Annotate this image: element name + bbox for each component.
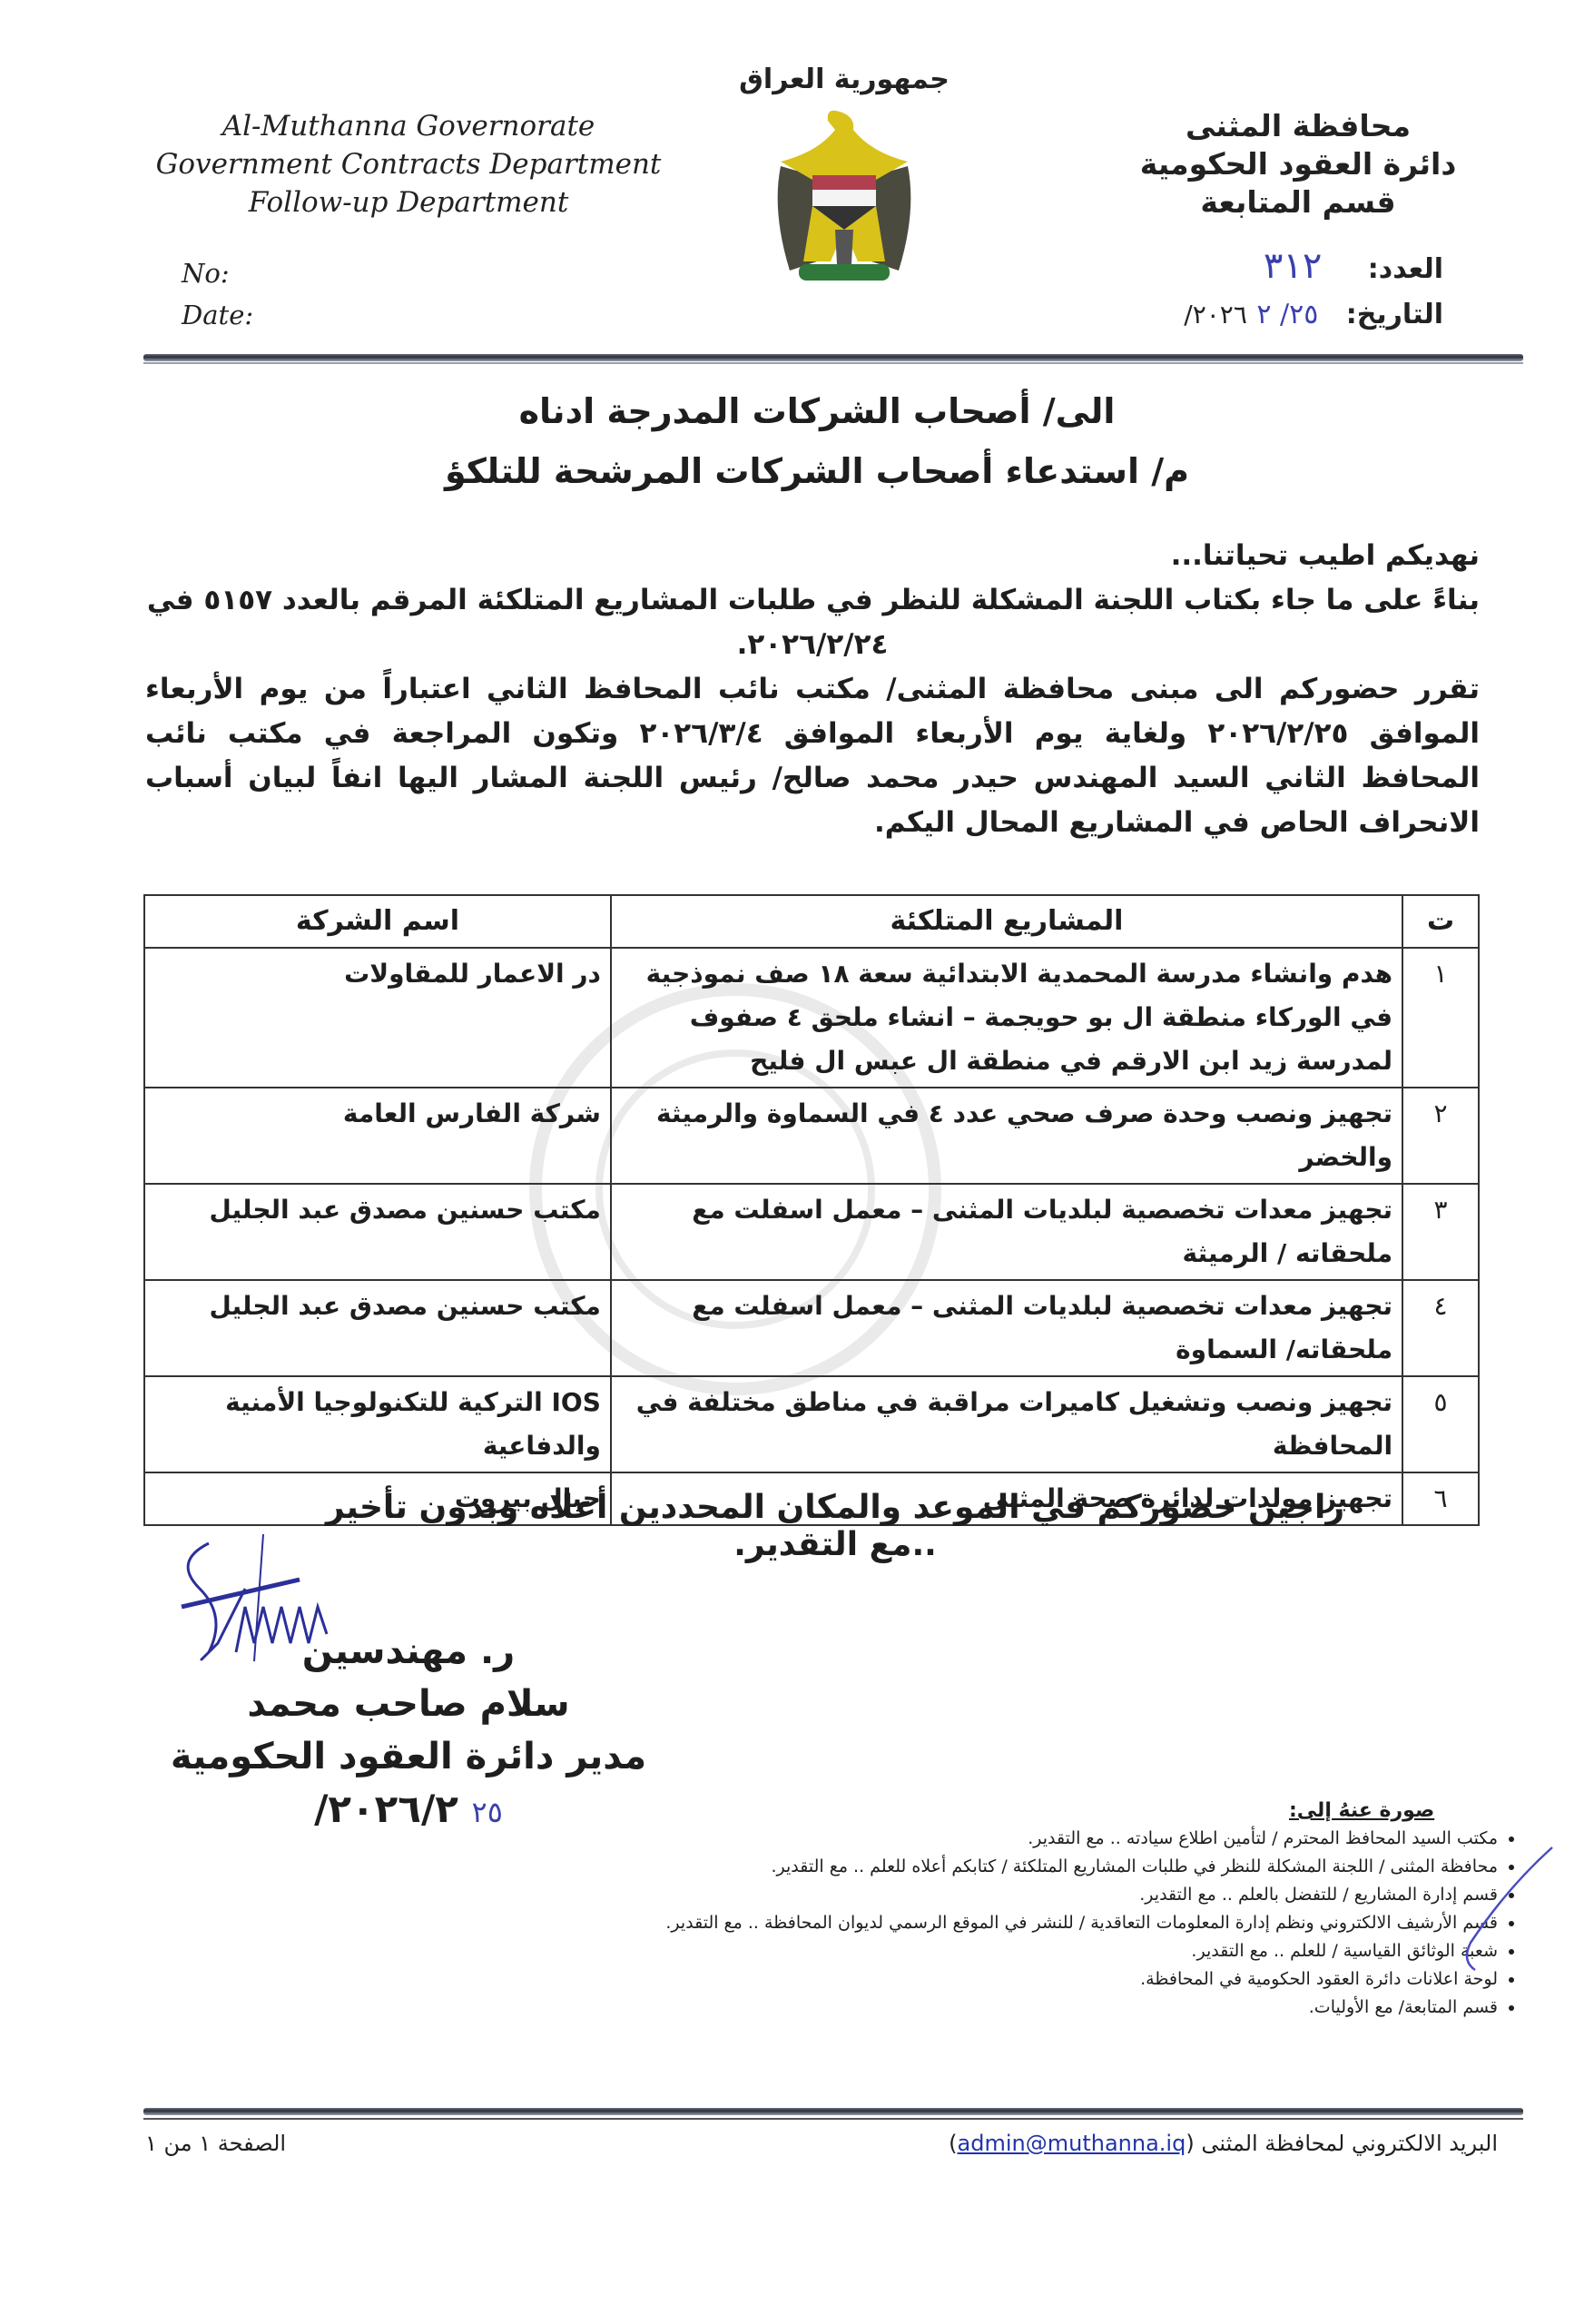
cc-item: قسم المتابعة/ مع الأوليات. (545, 1994, 1498, 2022)
company-name: IOS التركية للتكنولوجيا الأمنية والدفاعي… (144, 1376, 611, 1472)
row-number: ٤ (1402, 1280, 1479, 1376)
english-letterhead: Al-Muthanna Governorate Government Contr… (145, 107, 672, 222)
company-name: مكتب حسنين مصدق عبد الجليل (144, 1184, 611, 1280)
closing-line: راجين حضوركم في الموعد والمكان المحددين … (300, 1489, 1371, 1563)
project-name: تجهيز معدات تخصصية لبلديات المثنى – معمل… (611, 1184, 1402, 1280)
row-number: ٦ (1402, 1472, 1479, 1525)
reference-date-row: التاريخ: ٢٥/ ٢ ٢٠٢٦/ (1107, 292, 1443, 338)
arabic-reference-fields: العدد: ٣١٢ التاريخ: ٢٥/ ٢ ٢٠٢٦/ (1107, 243, 1443, 338)
signer-block: ر. مهندسين سلام صاحب محمد مدير دائرة الع… (154, 1625, 663, 1838)
addressee-block: الى/ أصحاب الشركات المدرجة ادناه م/ استد… (272, 381, 1362, 501)
governorate-name-en: Al-Muthanna Governorate (145, 107, 672, 145)
header-divider (143, 354, 1523, 361)
reference-number-row: العدد: ٣١٢ (1107, 243, 1443, 292)
section-name-ar: قسم المتابعة (1098, 183, 1498, 222)
project-name: تجهيز معدات تخصصية لبلديات المثنى – معمل… (611, 1280, 1402, 1376)
footer-email-prefix: البريد الالكتروني لمحافظة المثنى (1201, 2131, 1498, 2156)
recipient-line: الى/ أصحاب الشركات المدرجة ادناه (272, 381, 1362, 441)
page-number: الصفحة ١ من ١ (145, 2131, 286, 2156)
row-number: ٣ (1402, 1184, 1479, 1280)
reference-date: ٢٠٢٦/٢/٢٤. (145, 623, 1480, 667)
project-name: تجهيز ونصب وحدة صرف صحي عدد ٤ في السماوة… (611, 1088, 1402, 1184)
project-name: هدم وانشاء مدرسة المحمدية الابتدائية سعة… (611, 948, 1402, 1088)
letter-body: نهديكم اطيب تحياتنا... بناءً على ما جاء … (145, 534, 1480, 845)
arabic-letterhead: محافظة المثنى دائرة العقود الحكومية قسم … (1098, 107, 1498, 222)
cc-item: مكتب السيد المحافظ المحترم / لتأمين اطلا… (545, 1825, 1498, 1853)
row-number: ٢ (1402, 1088, 1479, 1184)
signer-title: ر. مهندسين (154, 1625, 663, 1678)
company-name: شركة الفارس العامة (144, 1088, 611, 1184)
cc-item: قسم الأرشيف الالكتروني ونظم إدارة المعلو… (545, 1909, 1498, 1937)
reference-paragraph: بناءً على ما جاء بكتاب اللجنة المشكلة لل… (145, 578, 1480, 623)
signer-position: مدير دائرة العقود الحكومية (154, 1730, 663, 1783)
column-header-company: اسم الشركة (144, 895, 611, 948)
republic-title: جمهورية العراق (726, 64, 962, 95)
cc-item: محافظة المثنى / اللجنة المشكلة للنظر في … (545, 1853, 1498, 1881)
number-label-en: No: (182, 252, 253, 294)
footer-email-line: البريد الالكتروني لمحافظة المثنى (admin@… (862, 2131, 1498, 2156)
governorate-name-ar: محافظة المثنى (1098, 107, 1498, 145)
cc-item: قسم إدارة المشاريع / للتفضل بالعلم .. مع… (545, 1881, 1498, 1909)
row-number: ١ (1402, 948, 1479, 1088)
company-name: در الاعمار للمقاولات (144, 948, 611, 1088)
number-label-ar: العدد: (1368, 253, 1443, 285)
project-name: تجهيز ونصب وتشغيل كاميرات مراقبة في مناط… (611, 1376, 1402, 1472)
table-row: ٤ تجهيز معدات تخصصية لبلديات المثنى – مع… (144, 1280, 1479, 1376)
iraq-eagle-emblem-icon (763, 103, 926, 284)
cc-list: مكتب السيد المحافظ المحترم / لتأمين اطلا… (545, 1825, 1525, 2022)
table-row: ٢ تجهيز ونصب وحدة صرف صحي عدد ٤ في السما… (144, 1088, 1479, 1184)
reference-number-handwritten: ٣١٢ (1264, 245, 1322, 287)
greeting: نهديكم اطيب تحياتنا... (145, 534, 1480, 578)
column-header-number: ت (1402, 895, 1479, 948)
department-name-en: Government Contracts Department (145, 145, 672, 183)
footer-email-link[interactable]: admin@muthanna.iq (958, 2131, 1186, 2156)
company-name: مكتب حسنين مصدق عبد الجليل (144, 1280, 611, 1376)
date-handwritten: ٢٥/ ٢ (1256, 299, 1318, 330)
signature-date-handwritten: ٢٥ (472, 1795, 503, 1829)
department-name-ar: دائرة العقود الحكومية (1098, 145, 1498, 183)
table-row: ٥ تجهيز ونصب وتشغيل كاميرات مراقبة في من… (144, 1376, 1479, 1472)
footer-divider-thin (143, 2118, 1523, 2120)
header-divider-thin (143, 362, 1523, 364)
section-name-en: Follow-up Department (145, 183, 672, 222)
cc-item: شعبة الوثائق القياسية / للعلم .. مع التق… (545, 1937, 1498, 1965)
table-header-row: ت المشاريع المتلكئة اسم الشركة (144, 895, 1479, 948)
delayed-projects-table: ت المشاريع المتلكئة اسم الشركة ١ هدم وان… (143, 894, 1480, 1526)
signature-date-printed: ٢٠٢٦/٢/ (314, 1787, 458, 1831)
date-label-en: Date: (182, 294, 253, 336)
subject-line: م/ استدعاء أصحاب الشركات المرشحة للتلكؤ (272, 441, 1362, 501)
table-row: ٣ تجهيز معدات تخصصية لبلديات المثنى – مع… (144, 1184, 1479, 1280)
date-label-ar: التاريخ: (1346, 299, 1443, 330)
pen-check-mark-icon (1452, 1843, 1561, 1979)
row-number: ٥ (1402, 1376, 1479, 1472)
table-row: ١ هدم وانشاء مدرسة المحمدية الابتدائية س… (144, 948, 1479, 1088)
cc-title: صورة عنهُ إلى: (1289, 1799, 1434, 1822)
footer-divider (143, 2108, 1523, 2115)
summons-paragraph: تقرر حضوركم الى مبنى محافظة المثنى/ مكتب… (145, 667, 1480, 845)
signer-name: سلام صاحب محمد (154, 1678, 663, 1730)
cc-item: لوحة اعلانات دائرة العقود الحكومية في ال… (545, 1965, 1498, 1994)
crest-block: جمهورية العراق (726, 64, 962, 288)
column-header-project: المشاريع المتلكئة (611, 895, 1402, 948)
english-reference-fields: No: Date: (182, 252, 253, 336)
date-year-printed: ٢٠٢٦/ (1184, 300, 1247, 330)
